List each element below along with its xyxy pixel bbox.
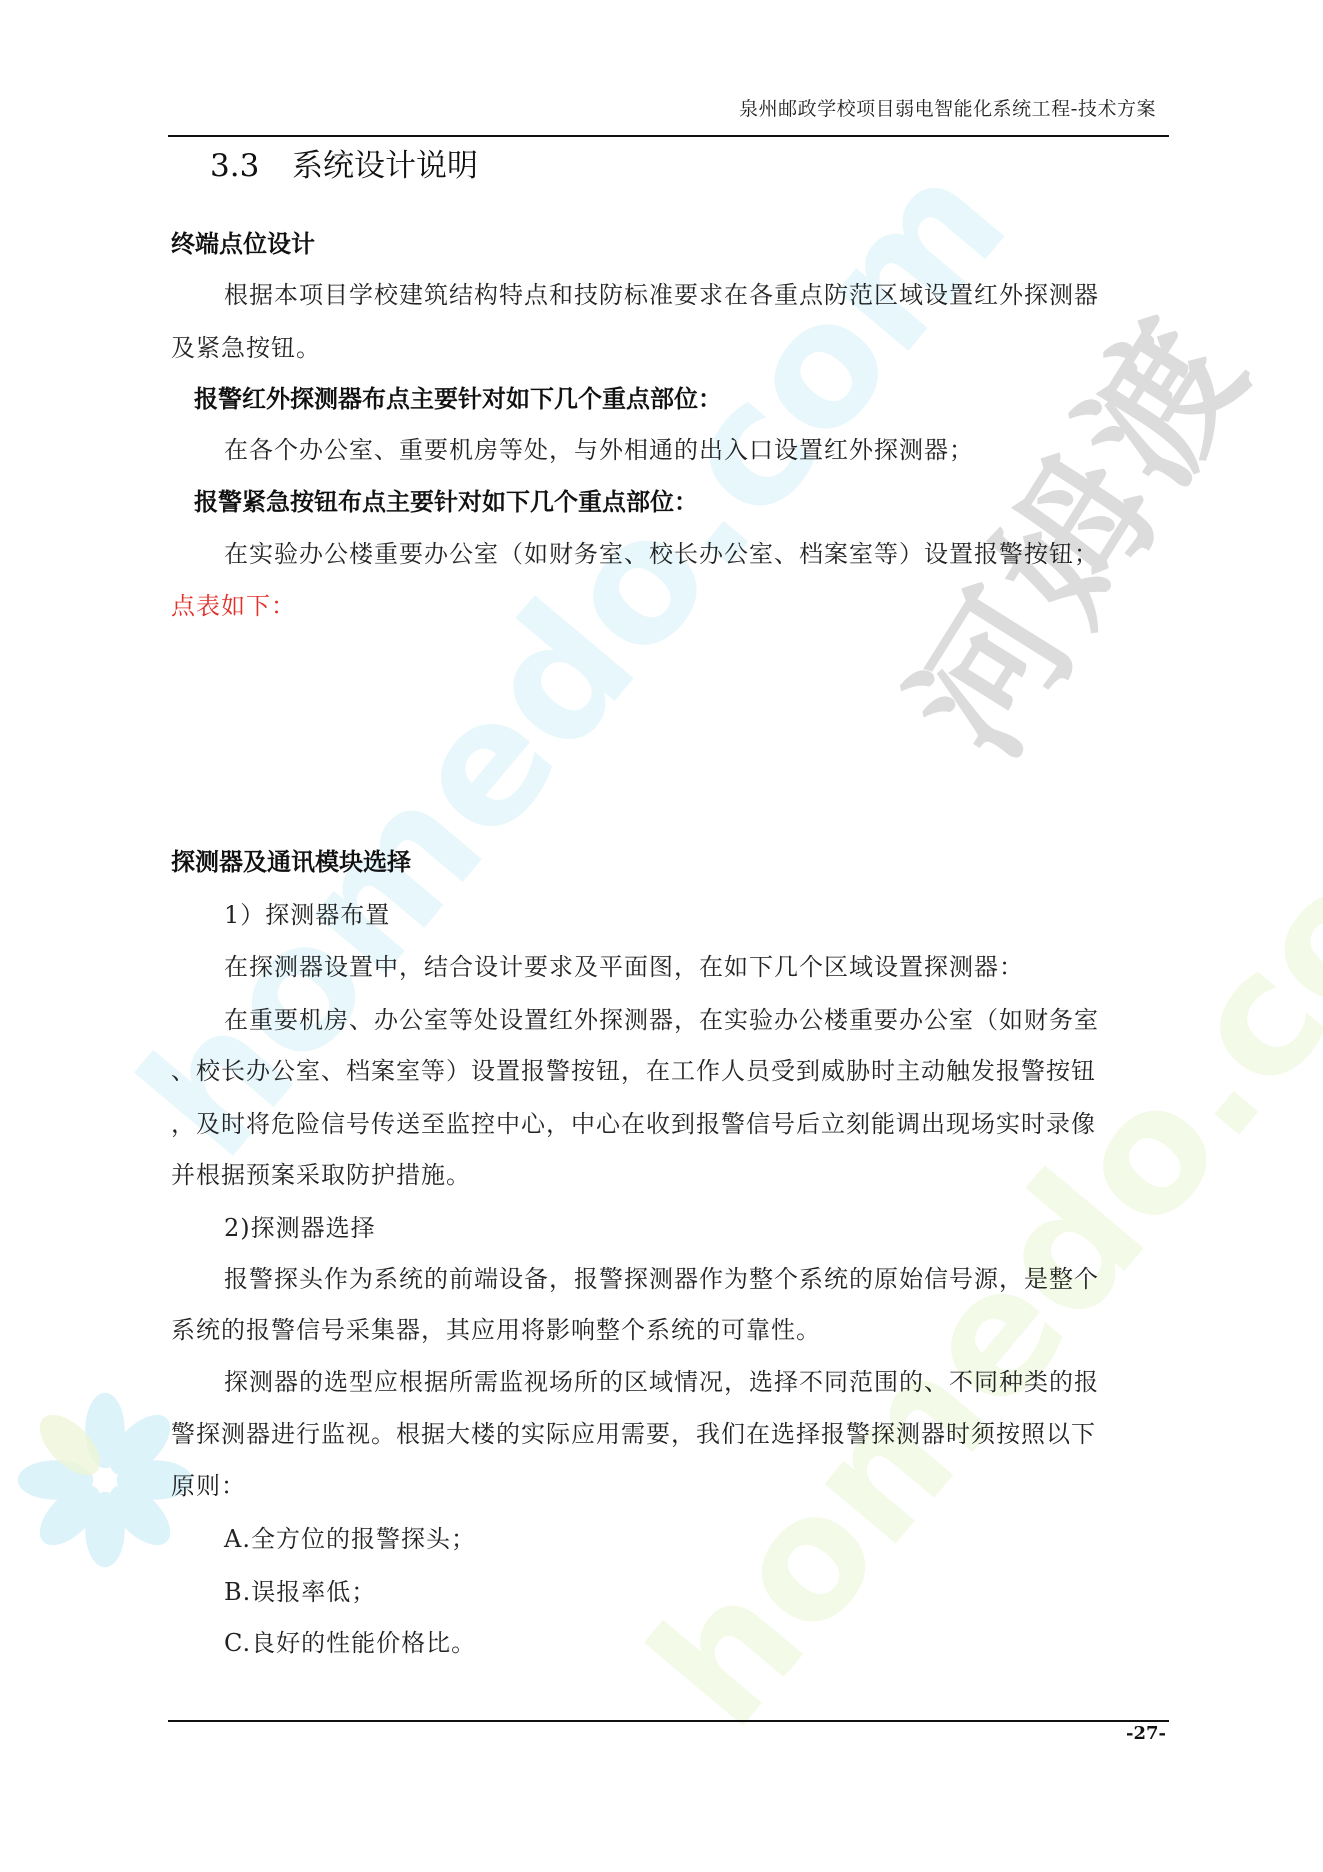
subheading-detector-layout: 1）探测器布置 [224,895,390,930]
paragraph-line: 并根据预案采取防护措施。 [171,1155,471,1190]
paragraph-line: 原则： [171,1466,246,1501]
footer-divider [168,1720,1169,1722]
heading-terminal-design: 终端点位设计 [171,224,315,259]
section-title: 系统设计说明 [292,148,478,184]
paragraph-line: 在重要机房、办公室等处设置红外探测器，在实验办公楼重要办公室（如财务室 [224,1000,1099,1035]
principle-item: B.误报率低； [224,1572,376,1607]
heading-ir-detector-points: 报警红外探测器布点主要针对如下几个重点部位： [194,379,722,414]
paragraph-line: 警探测器进行监视。根据大楼的实际应用需要，我们在选择报警探测器时须按照以下 [171,1414,1096,1449]
watermark-hemudu: 河姆渡 [851,267,1289,789]
point-table-label: 点表如下： [171,586,296,621]
section-heading: 3.3系统设计说明 [210,140,478,185]
running-header: 泉州邮政学校项目弱电智能化系统工程-技术方案 [739,94,1156,121]
paragraph-line: 探测器的选型应根据所需监视场所的区域情况，选择不同范围的、不同种类的报 [224,1362,1099,1397]
paragraph-line: 在实验办公楼重要办公室（如财务室、校长办公室、档案室等）设置报警按钮； [224,534,1099,569]
paragraph-line: 根据本项目学校建筑结构特点和技防标准要求在各重点防范区域设置红外探测器 [224,275,1099,310]
paragraph-line: 、校长办公室、档案室等）设置报警按钮，在工作人员受到威胁时主动触发报警按钮 [171,1051,1096,1086]
paragraph-line: 系统的报警信号采集器，其应用将影响整个系统的可靠性。 [171,1310,821,1345]
watermark-homedo-2: homedo.com [613,695,1323,1763]
page-number: -27- [1126,1723,1166,1744]
section-number: 3.3 [210,148,292,184]
paragraph-line: 报警探头作为系统的前端设备，报警探测器作为整个系统的原始信号源，是整个 [224,1259,1099,1294]
watermark-flower-icon [15,1380,195,1580]
subheading-detector-choice: 2)探测器选择 [224,1208,376,1243]
header-divider [168,135,1169,137]
principle-item: C.良好的性能价格比。 [224,1623,476,1658]
paragraph-line: 在各个办公室、重要机房等处，与外相通的出入口设置红外探测器； [224,430,974,465]
heading-emergency-button-points: 报警紧急按钮布点主要针对如下几个重点部位： [194,482,698,517]
paragraph-line: 在探测器设置中，结合设计要求及平面图，在如下几个区域设置探测器： [224,947,1024,982]
paragraph-line: 及紧急按钮。 [171,328,321,363]
heading-detector-selection: 探测器及通讯模块选择 [171,842,411,877]
principle-item: A.全方位的报警探头； [224,1519,476,1554]
paragraph-line: ，及时将危险信号传送至监控中心，中心在收到报警信号后立刻能调出现场实时录像 [171,1104,1096,1139]
